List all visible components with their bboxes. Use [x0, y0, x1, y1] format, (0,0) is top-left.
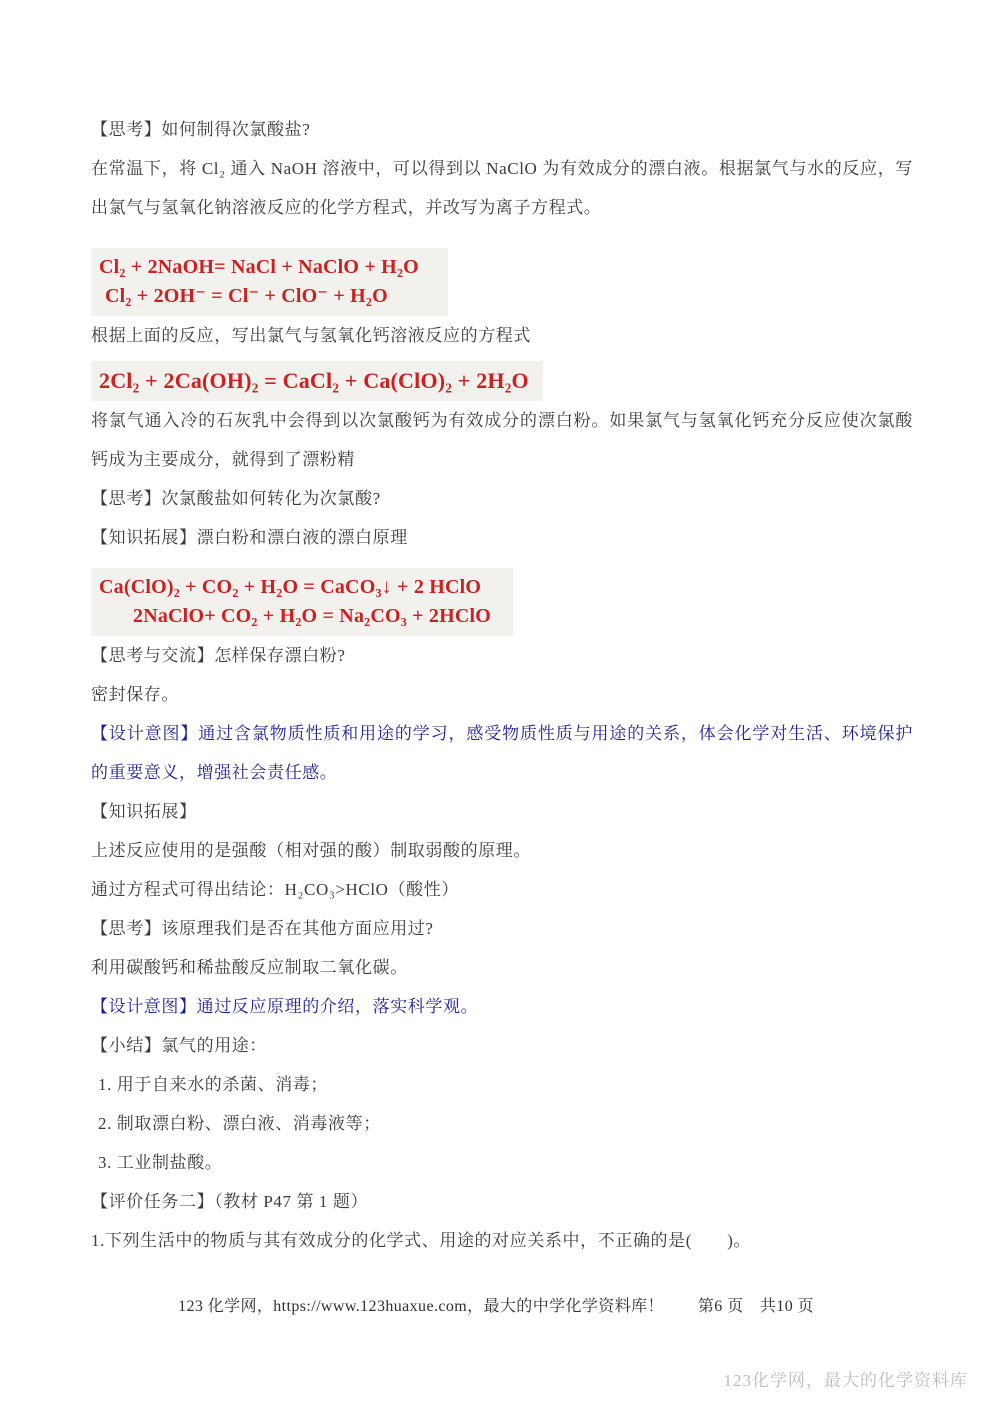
page-footer: 123 化学网，https://www.123huaxue.com，最大的中学化…	[0, 1293, 992, 1316]
equation-caclo-co2: Ca(ClO)₂ + CO₂ + H₂O = CaCO₃↓ + 2 HClO	[99, 573, 499, 602]
equation-naclo-co2: 2NaClO+ CO₂ + H₂O = Na₂CO₃ + 2HClO	[99, 602, 499, 631]
eval-task-heading: 【评价任务二】（教材 P47 第 1 题）	[91, 1182, 913, 1221]
summary-uses-heading: 【小结】氯气的用途：	[91, 1026, 913, 1065]
watermark-text: 123化学网，最大的化学资料库	[724, 1366, 969, 1391]
use-item-2: 2. 制取漂白粉、漂白液、消毒液等；	[91, 1104, 913, 1143]
use-item-3: 3. 工业制盐酸。	[91, 1143, 913, 1182]
equation-box-bleaching: Ca(ClO)₂ + CO₂ + H₂O = CaCO₃↓ + 2 HClO 2…	[91, 568, 513, 636]
think-prompt-2: 【思考】次氯酸盐如何转化为次氯酸?	[91, 479, 913, 518]
use-item-1: 1. 用于自来水的杀菌、消毒；	[91, 1065, 913, 1104]
strong-acid-principle: 上述反应使用的是强酸（相对强的酸）制取弱酸的原理。	[91, 831, 913, 870]
design-intent-2: 【设计意图】通过反应原理的介绍，落实科学观。	[91, 987, 913, 1026]
co2-application-text: 利用碳酸钙和稀盐酸反应制取二氧化碳。	[91, 948, 913, 987]
footer-page-number: 第6 页 共10 页	[698, 1298, 814, 1315]
knowledge-expand-2: 【知识拓展】	[91, 792, 913, 831]
seal-answer-text: 密封保存。	[91, 675, 913, 714]
footer-site-text: 123 化学网，https://www.123huaxue.com，最大的中学化…	[178, 1298, 664, 1315]
design-intent-1: 【设计意图】通过含氯物质性质和用途的学习，感受物质性质与用途的关系，体会化学对生…	[91, 714, 913, 792]
equation-naoh-ionic: Cl₂ + 2OH⁻ = Cl⁻ + ClO⁻ + H₂O	[99, 282, 434, 311]
document-content: 【思考】如何制得次氯酸盐? 在常温下，将 Cl₂ 通入 NaOH 溶液中，可以得…	[91, 110, 913, 1260]
think-discuss-prompt: 【思考与交流】怎样保存漂白粉?	[91, 636, 913, 675]
knowledge-expand-1: 【知识拓展】漂白粉和漂白液的漂白原理	[91, 518, 913, 557]
equation-box-naoh: Cl₂ + 2NaOH= NaCl + NaClO + H₂O Cl₂ + 2O…	[91, 248, 448, 316]
caoh-prompt-text: 根据上面的反应，写出氯气与氢氧化钙溶液反应的方程式	[91, 316, 913, 355]
equation-naoh-molecular: Cl₂ + 2NaOH= NaCl + NaClO + H₂O	[99, 253, 434, 282]
bleach-intro-text: 在常温下，将 Cl₂ 通入 NaOH 溶液中，可以得到以 NaClO 为有效成分…	[91, 149, 913, 227]
equation-box-caoh: 2Cl₂ + 2Ca(OH)₂ = CaCl₂ + Ca(ClO)₂ + 2H₂…	[91, 361, 543, 401]
bleaching-powder-text: 将氯气通入冷的石灰乳中会得到以次氯酸钙为有效成分的漂白粉。如果氯气与氢氧化钙充分…	[91, 401, 913, 479]
think-prompt-3: 【思考】该原理我们是否在其他方面应用过?	[91, 909, 913, 948]
equation-caoh: 2Cl₂ + 2Ca(OH)₂ = CaCl₂ + Ca(ClO)₂ + 2H₂…	[99, 366, 529, 396]
acidity-conclusion: 通过方程式可得出结论：H₂CO₃>HClO（酸性）	[91, 870, 913, 909]
question-1-text: 1.下列生活中的物质与其有效成分的化学式、用途的对应关系中，不正确的是( )。	[91, 1221, 913, 1260]
think-prompt-1: 【思考】如何制得次氯酸盐?	[91, 110, 913, 149]
document-page: 【思考】如何制得次氯酸盐? 在常温下，将 Cl₂ 通入 NaOH 溶液中，可以得…	[0, 0, 992, 1403]
